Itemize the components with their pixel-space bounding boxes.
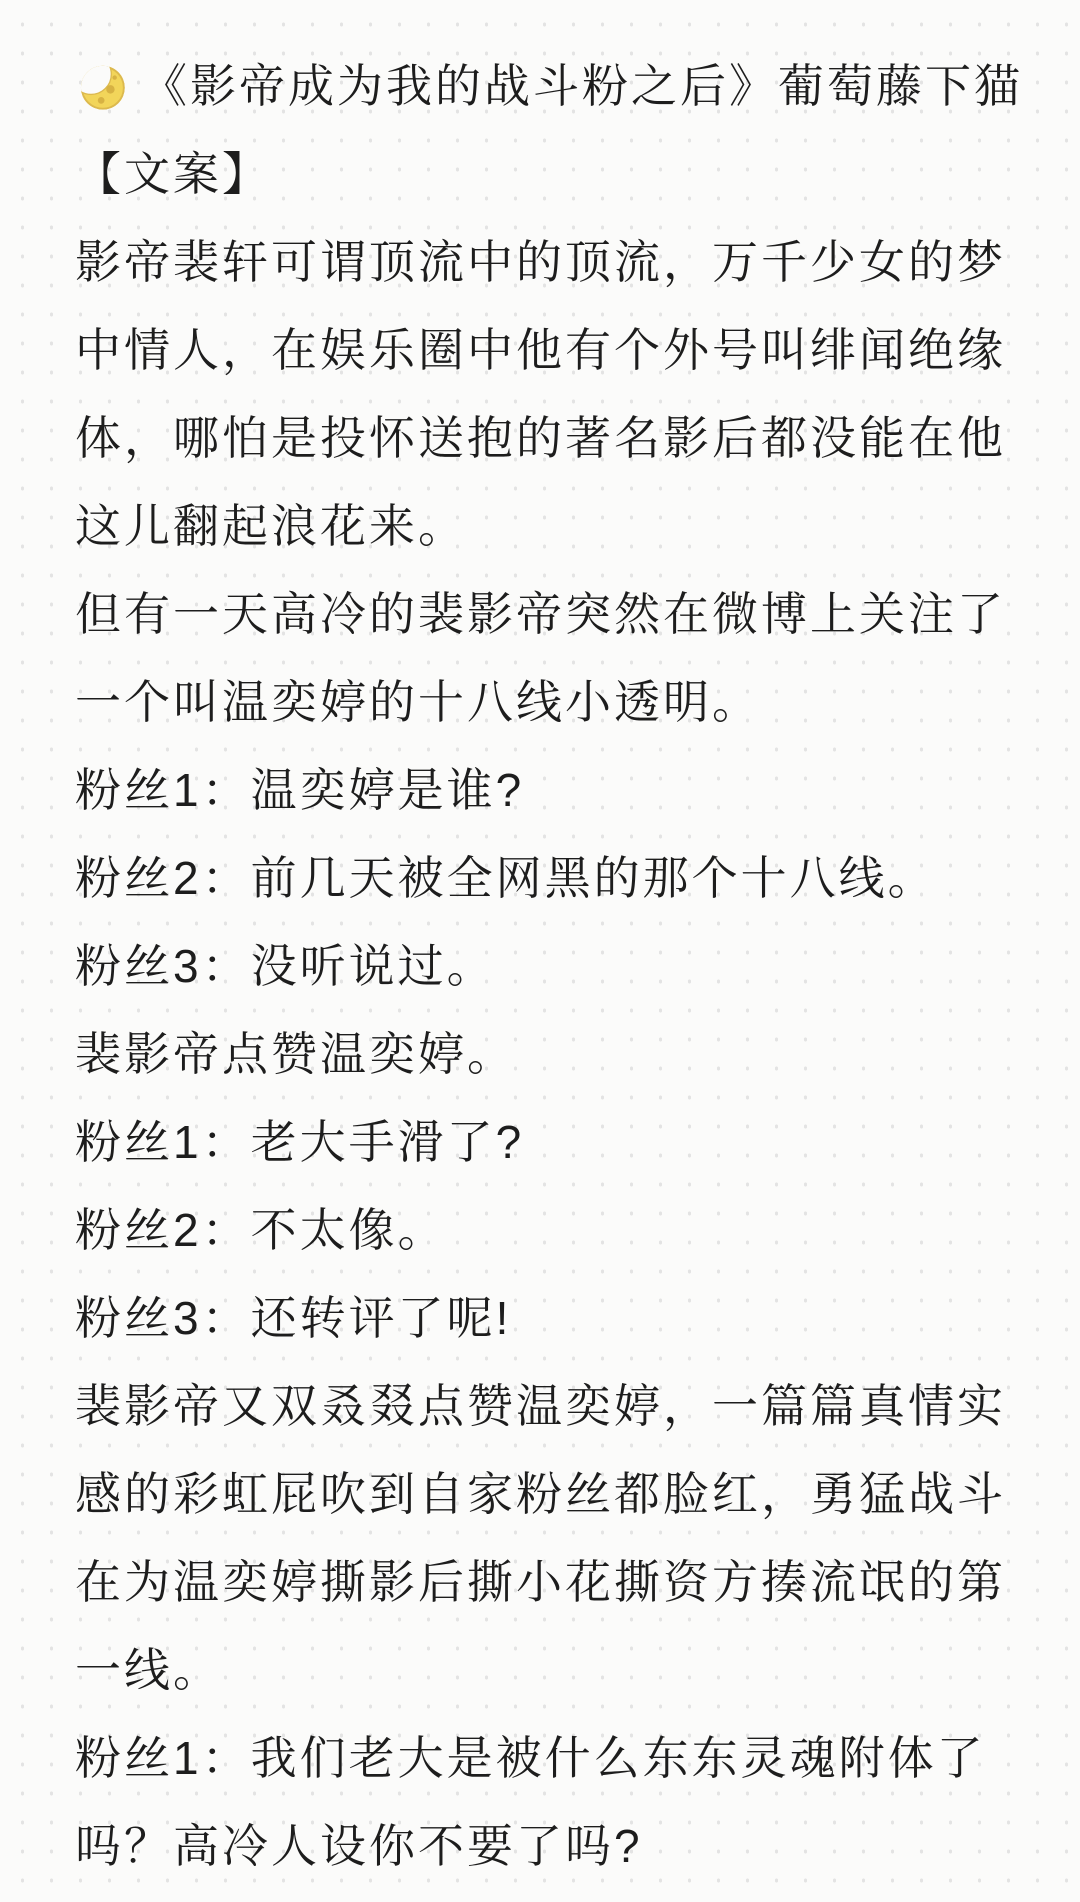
text-line: 影帝裴轩可谓顶流中的顶流，万千少女的梦 [75,218,1010,306]
text-line: 中情人，在娱乐圈中他有个外号叫绯闻绝缘 [75,306,1010,394]
fan-dialogue-line: 粉丝2：不太像。 [75,1186,1010,1274]
text-line: 裴影帝又双叒叕点赞温奕婷，一篇篇真情实 [75,1362,1010,1450]
text-line: 体，哪怕是投怀送抱的著名影后都没能在他 [75,394,1010,482]
novel-title: 《影帝成为我的战斗粉之后》葡萄藤下猫 [141,42,1023,130]
section-label: 【文案】 [75,130,1010,218]
text-line: 这儿翻起浪花来。 [75,482,1010,570]
title-line: 《影帝成为我的战斗粉之后》葡萄藤下猫 [75,42,1010,130]
fan-dialogue-line: 粉丝3：还转评了呢! [75,1274,1010,1362]
fan-dialogue-line: 粉丝2：前几天被全网黑的那个十八线。 [75,834,1010,922]
text-line: 裴影帝点赞温奕婷。 [75,1010,1010,1098]
text-line: 在为温奕婷撕影后撕小花撕资方揍流氓的第 [75,1538,1010,1626]
fan-dialogue-line: 粉丝1：老大手滑了? [75,1098,1010,1186]
text-line: 一个叫温奕婷的十八线小透明。 [75,658,1010,746]
text-line: 一线。 [75,1626,1010,1714]
novel-intro-page: 《影帝成为我的战斗粉之后》葡萄藤下猫 【文案】 影帝裴轩可谓顶流中的顶流，万千少… [0,0,1080,1902]
crescent-moon-icon [75,57,129,115]
fan-dialogue-line: 吗？高冷人设你不要了吗? [75,1802,1010,1890]
fan-dialogue-line: 粉丝1：我们老大是被什么东东灵魂附体了 [75,1714,1010,1802]
text-line: 感的彩虹屁吹到自家粉丝都脸红，勇猛战斗 [75,1450,1010,1538]
fan-dialogue-line: 粉丝3：没听说过。 [75,922,1010,1010]
fan-dialogue-line: 粉丝1：温奕婷是谁? [75,746,1010,834]
text-line: 但有一天高冷的裴影帝突然在微博上关注了 [75,570,1010,658]
